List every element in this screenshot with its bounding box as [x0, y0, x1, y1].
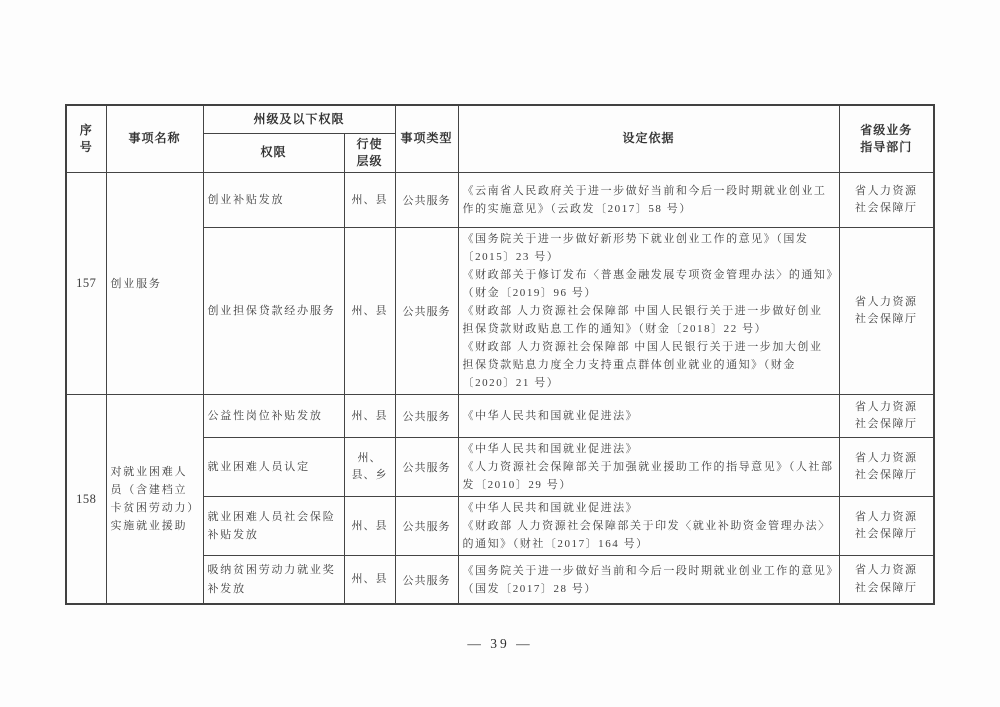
item-type-cell: 公共服务 [395, 395, 458, 438]
item-type-cell: 公共服务 [395, 497, 458, 556]
basis-citation: 《中华人民共和国就业促进法》 [463, 499, 835, 517]
authority-items-table: 序 号 事项名称 州级及以下权限 事项类型 设定依据 省级业务 指导部门 权限 … [65, 104, 935, 605]
document-page: 序 号 事项名称 州级及以下权限 事项类型 设定依据 省级业务 指导部门 权限 … [0, 0, 1000, 707]
basis-citation: 《云南省人民政府关于进一步做好当前和今后一段时期就业创业工作的实施意见》（云政发… [463, 182, 835, 218]
item-type-cell: 公共服务 [395, 228, 458, 395]
provincial-dept-cell: 省人力资源 社会保障厅 [839, 556, 934, 604]
table-header-row-1: 序 号 事项名称 州级及以下权限 事项类型 设定依据 省级业务 指导部门 [66, 105, 934, 133]
basis-citation: 《国务院关于进一步做好当前和今后一段时期就业创业工作的意见》（国发〔2017〕2… [463, 562, 835, 598]
item-type-cell: 公共服务 [395, 556, 458, 604]
header-authority: 权限 [203, 133, 344, 173]
basis-cell: 《中华人民共和国就业促进法》《人力资源社会保障部关于加强就业援助工作的指导意见》… [458, 438, 839, 497]
basis-citation: 《财政部 人力资源社会保障部 中国人民银行关于进一步加大创业担保贷款贴息力度全力… [463, 338, 835, 392]
exercise-level-cell: 州、县、乡 [344, 438, 395, 497]
item-name-cell: 对就业困难人员（含建档立卡贫困劳动力）实施就业援助 [106, 395, 203, 604]
basis-citation: 《中华人民共和国就业促进法》 [463, 440, 835, 458]
header-item-name: 事项名称 [106, 105, 203, 173]
authority-cell: 创业担保贷款经办服务 [203, 228, 344, 395]
header-exercise-level: 行使 层级 [344, 133, 395, 173]
item-type-cell: 公共服务 [395, 438, 458, 497]
header-prefecture-group: 州级及以下权限 [203, 105, 395, 133]
basis-cell: 《中华人民共和国就业促进法》《财政部 人力资源社会保障部关于印发〈就业补助资金管… [458, 497, 839, 556]
provincial-dept-cell: 省人力资源 社会保障厅 [839, 497, 934, 556]
basis-citation: 《人力资源社会保障部关于加强就业援助工作的指导意见》（人社部发〔2010〕29 … [463, 458, 835, 494]
table-row: 158 对就业困难人员（含建档立卡贫困劳动力）实施就业援助 公益性岗位补贴发放 … [66, 395, 934, 438]
exercise-level-cell: 州、县 [344, 395, 395, 438]
header-basis: 设定依据 [458, 105, 839, 173]
header-item-type: 事项类型 [395, 105, 458, 173]
header-provincial-dept: 省级业务 指导部门 [839, 105, 934, 173]
serial-cell: 158 [66, 395, 106, 604]
item-name-cell: 创业服务 [106, 173, 203, 395]
item-type-cell: 公共服务 [395, 173, 458, 228]
authority-cell: 就业困难人员认定 [203, 438, 344, 497]
serial-cell: 157 [66, 173, 106, 395]
page-number: — 39 — [0, 636, 1000, 652]
basis-cell: 《中华人民共和国就业促进法》 [458, 395, 839, 438]
header-serial: 序 号 [66, 105, 106, 173]
basis-citation: 《财政部 人力资源社会保障部 中国人民银行关于进一步做好创业担保贷款财政贴息工作… [463, 302, 835, 338]
exercise-level-cell: 州、县 [344, 556, 395, 604]
exercise-level-cell: 州、县 [344, 228, 395, 395]
provincial-dept-cell: 省人力资源 社会保障厅 [839, 395, 934, 438]
provincial-dept-cell: 省人力资源 社会保障厅 [839, 438, 934, 497]
basis-citation: 《国务院关于进一步做好新形势下就业创业工作的意见》（国发〔2015〕23 号） [463, 230, 835, 266]
authority-cell: 吸纳贫困劳动力就业奖补发放 [203, 556, 344, 604]
authority-cell: 就业困难人员社会保险补贴发放 [203, 497, 344, 556]
table-row: 157 创业服务 创业补贴发放 州、县 公共服务 《云南省人民政府关于进一步做好… [66, 173, 934, 228]
exercise-level-cell: 州、县 [344, 173, 395, 228]
authority-cell: 创业补贴发放 [203, 173, 344, 228]
basis-cell: 《国务院关于进一步做好新形势下就业创业工作的意见》（国发〔2015〕23 号）《… [458, 228, 839, 395]
exercise-level-cell: 州、县 [344, 497, 395, 556]
basis-cell: 《国务院关于进一步做好当前和今后一段时期就业创业工作的意见》（国发〔2017〕2… [458, 556, 839, 604]
basis-citation: 《财政部 人力资源社会保障部关于印发〈就业补助资金管理办法〉的通知》（财社〔20… [463, 517, 835, 553]
authority-cell: 公益性岗位补贴发放 [203, 395, 344, 438]
basis-citation: 《中华人民共和国就业促进法》 [463, 407, 835, 425]
provincial-dept-cell: 省人力资源 社会保障厅 [839, 173, 934, 228]
basis-citation: 《财政部关于修订发布〈普惠金融发展专项资金管理办法〉的通知》（财金〔2019〕9… [463, 266, 835, 302]
provincial-dept-cell: 省人力资源 社会保障厅 [839, 228, 934, 395]
basis-cell: 《云南省人民政府关于进一步做好当前和今后一段时期就业创业工作的实施意见》（云政发… [458, 173, 839, 228]
